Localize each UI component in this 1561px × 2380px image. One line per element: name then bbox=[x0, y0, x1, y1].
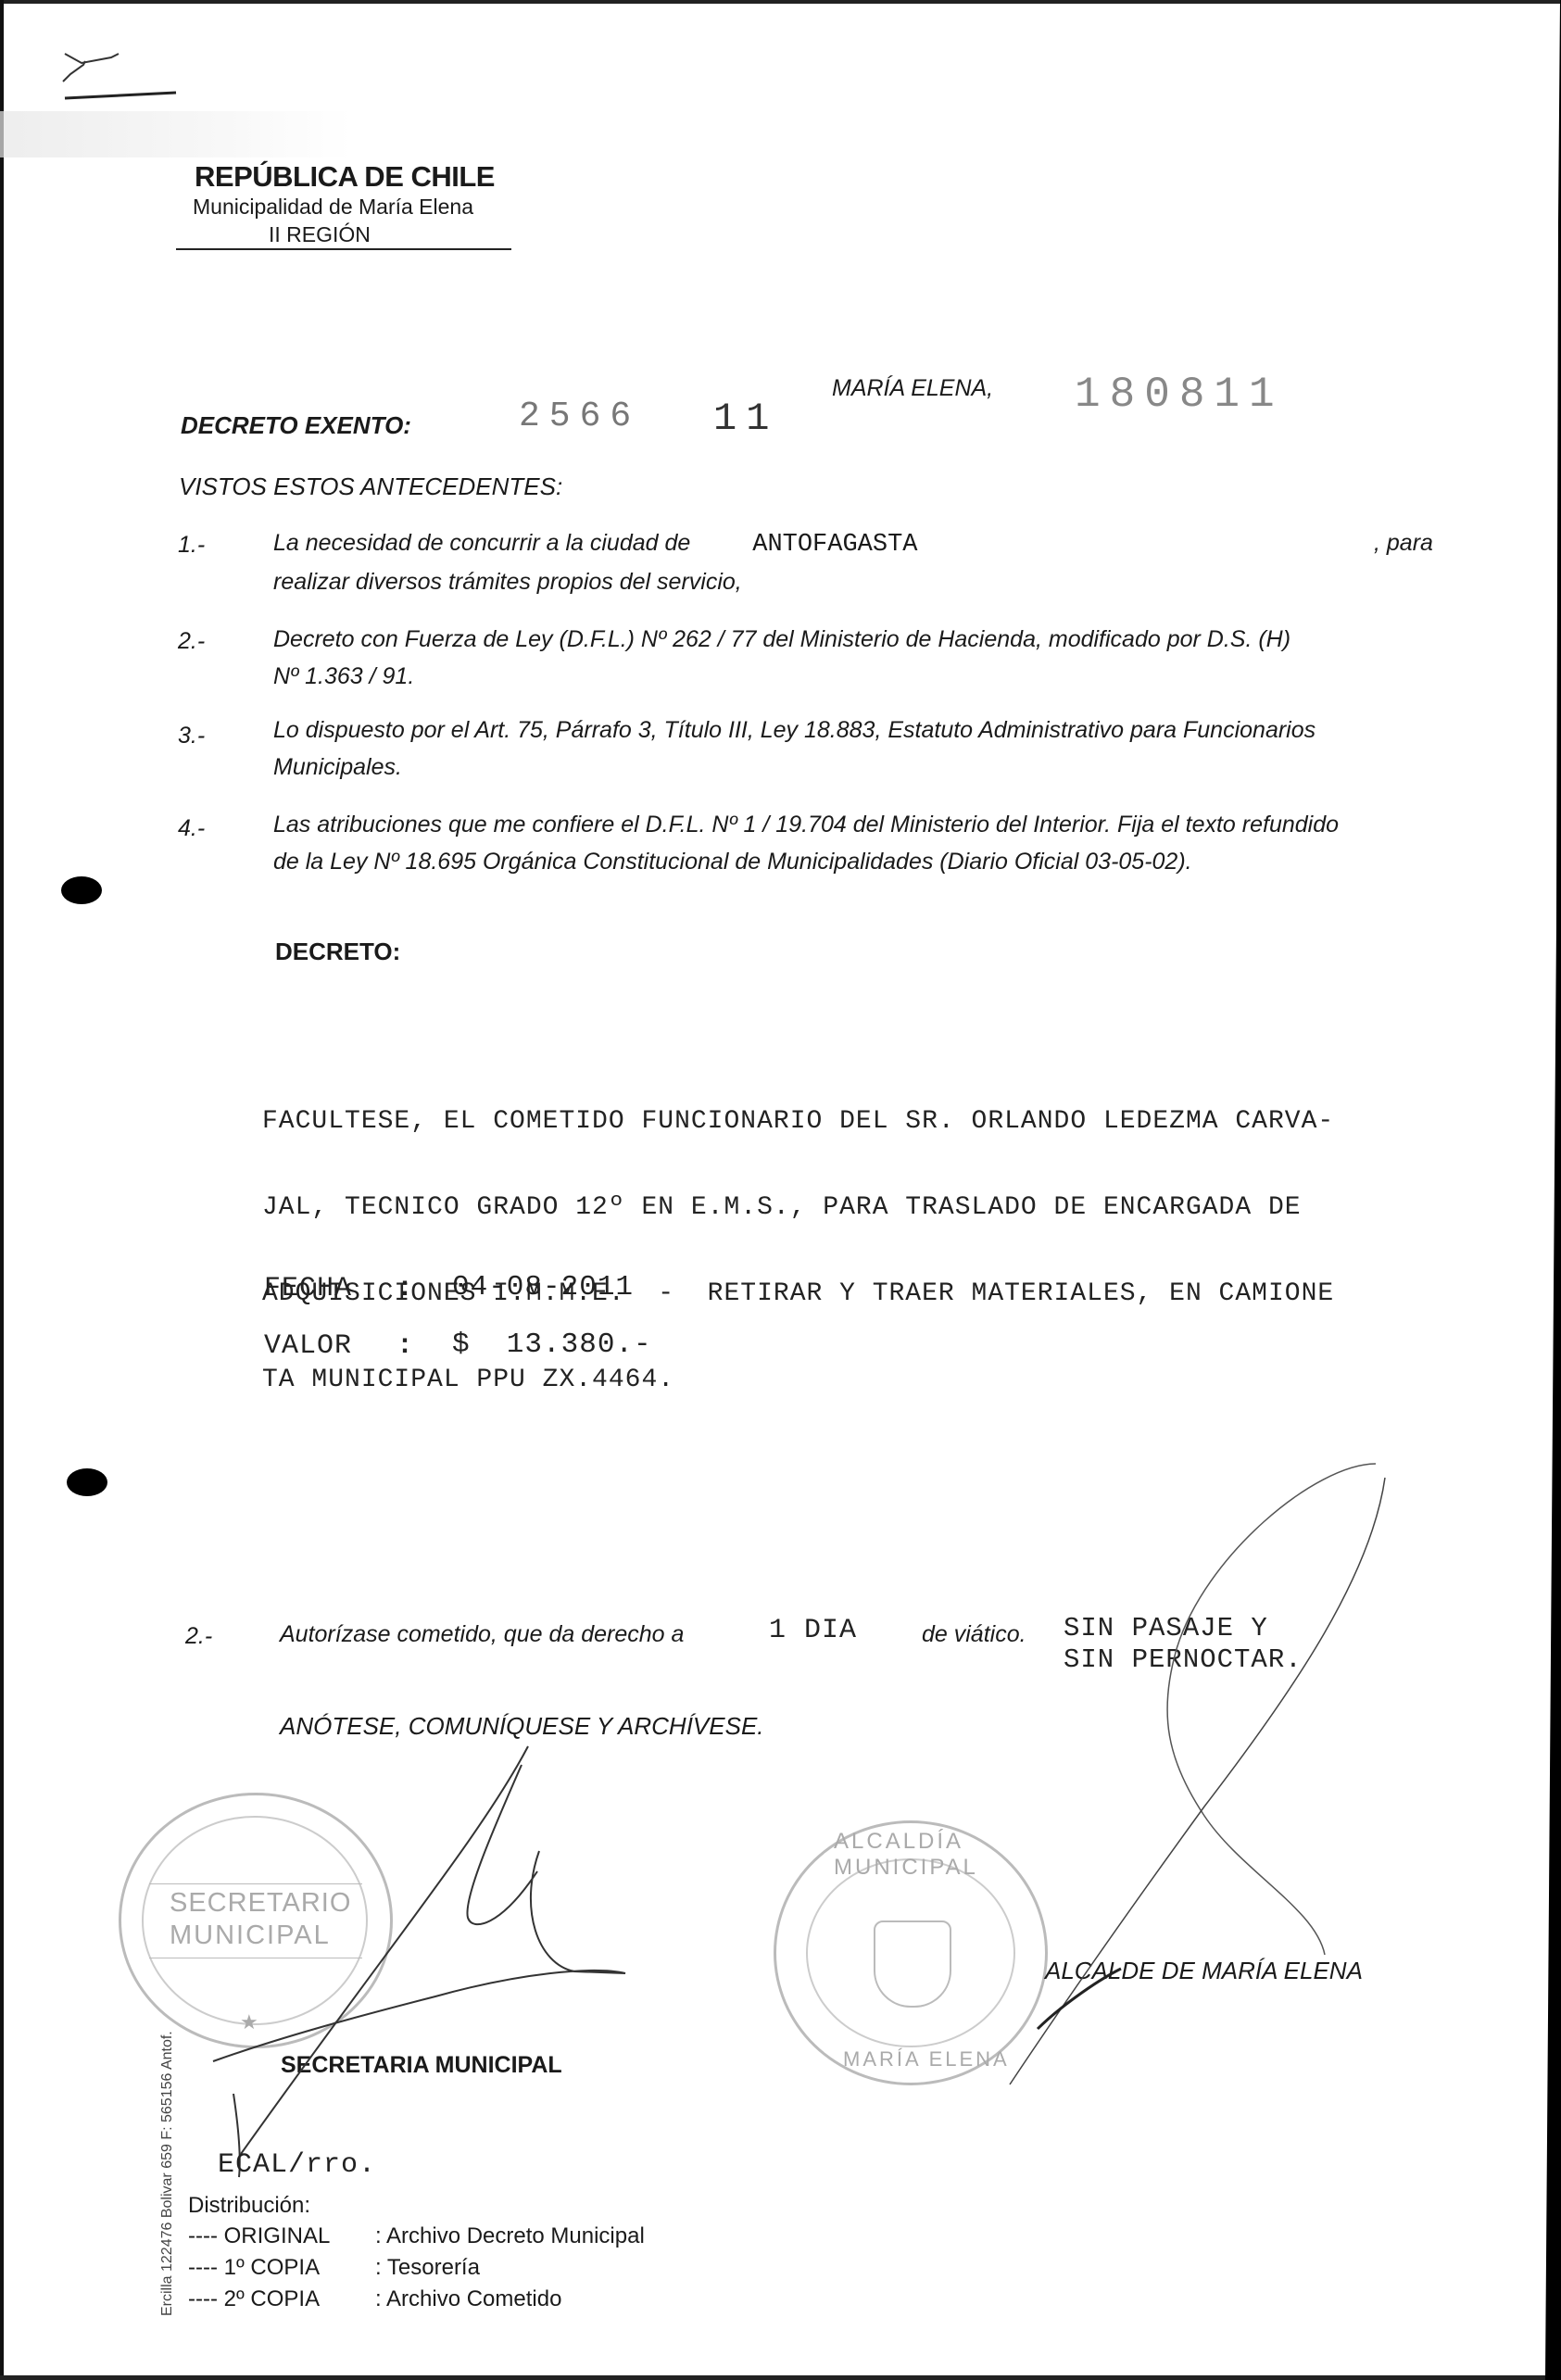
scribble-mark bbox=[46, 46, 195, 102]
valor-label: VALOR bbox=[264, 1332, 352, 1361]
mayor-seal: ALCALDÍA MUNICIPAL MARÍA ELENA bbox=[774, 1820, 1048, 2085]
mayor-title: ALCALDE DE MARÍA ELENA bbox=[1045, 1957, 1363, 1985]
secretary-seal: SECRETARIO MUNICIPAL ★ bbox=[119, 1793, 393, 2048]
distribution-heading: Distribución: bbox=[188, 2190, 310, 2222]
punch-hole-icon bbox=[67, 1468, 107, 1496]
distribution-row: ---- ORIGINAL: Archivo Decreto Municipal bbox=[188, 2221, 645, 2252]
colon: : bbox=[397, 1332, 414, 1361]
colon: : bbox=[397, 1275, 414, 1303]
distribution-row: ---- 1º COPIA: Tesorería bbox=[188, 2252, 645, 2284]
country-heading: REPÚBLICA DE CHILE bbox=[195, 160, 495, 194]
typed-note-1: SIN PASAJE Y bbox=[1064, 1614, 1268, 1643]
viatico-days: 1 DIA bbox=[769, 1617, 857, 1645]
coat-of-arms-icon bbox=[874, 1920, 951, 2008]
scan-edge-top bbox=[0, 0, 1561, 4]
seal-text: ALCALDÍA MUNICIPAL bbox=[834, 1829, 1045, 1881]
item-text: Municipales. bbox=[273, 754, 402, 780]
decreto-heading: DECRETO: bbox=[275, 938, 400, 966]
place-label: MARÍA ELENA, bbox=[832, 375, 993, 402]
initials: ECAL/rro. bbox=[218, 2151, 376, 2180]
valor-value: $ 13.380.- bbox=[452, 1330, 652, 1359]
item-number: 2.- bbox=[185, 1623, 212, 1650]
vistos-item-4: Las atribuciones que me confiere el D.F.… bbox=[273, 806, 1450, 880]
scan-edge-right bbox=[1482, 0, 1561, 2380]
fecha-label: FECHA bbox=[264, 1275, 352, 1303]
decree-number-stamp: 2566 bbox=[519, 397, 640, 436]
item-text: Nº 1.363 / 91. bbox=[273, 663, 414, 689]
municipality-name: Municipalidad de María Elena bbox=[193, 195, 473, 220]
item-text: Las atribuciones que me confiere el D.F.… bbox=[273, 812, 1339, 837]
typed-line: FACULTESE, EL COMETIDO FUNCIONARIO DEL S… bbox=[262, 1107, 1334, 1136]
printer-imprint: Ercilla 122476 Bolivar 659 F: 565156 Ant… bbox=[159, 2031, 176, 2316]
item-text: La necesidad de concurrir a la ciudad de bbox=[273, 530, 690, 556]
item-text: Decreto con Fuerza de Ley (D.F.L.) Nº 26… bbox=[273, 626, 1290, 652]
item-number: 1.- bbox=[178, 532, 205, 559]
item-text: realizar diversos trámites propios del s… bbox=[273, 569, 742, 595]
fecha-value: 04-08-2011 bbox=[452, 1273, 634, 1302]
header-rule bbox=[176, 248, 511, 250]
vistos-item-2: Decreto con Fuerza de Ley (D.F.L.) Nº 26… bbox=[273, 621, 1450, 695]
scan-edge-bottom bbox=[0, 2375, 1561, 2380]
seal-text: MARÍA ELENA bbox=[843, 2047, 1010, 2071]
seal-text: SECRETARIO bbox=[170, 1888, 351, 1919]
typed-line: JAL, TECNICO GRADO 12º EN E.M.S., PARA T… bbox=[262, 1193, 1334, 1222]
typed-line: ADQUISICIONES I.M.M.E. - RETIRAR Y TRAER… bbox=[262, 1279, 1334, 1308]
copy-destination: : Archivo Decreto Municipal bbox=[375, 2221, 645, 2252]
typed-line: TA MUNICIPAL PPU ZX.4464. bbox=[262, 1366, 1334, 1394]
scan-edge-left bbox=[0, 0, 4, 2380]
viatico-text: Autorízase cometido, que da derecho a bbox=[280, 1621, 684, 1648]
distribution-row: ---- 2º COPIA: Archivo Cometido bbox=[188, 2284, 645, 2315]
decree-label: DECRETO EXENTO: bbox=[181, 411, 411, 440]
vistos-item-3: Lo dispuesto por el Art. 75, Párrafo 3, … bbox=[273, 711, 1450, 786]
typed-note-2: SIN PERNOCTAR. bbox=[1064, 1645, 1303, 1674]
decree-year-stamp: 11 bbox=[713, 397, 778, 441]
scan-smudge bbox=[0, 111, 352, 157]
secretary-title: SECRETARIA MUNICIPAL bbox=[281, 2052, 562, 2079]
city-typed: ANTOFAGASTA bbox=[752, 531, 917, 559]
item-number: 3.- bbox=[178, 723, 205, 749]
copy-label: ---- ORIGINAL bbox=[188, 2221, 375, 2252]
viatico-suffix: de viático. bbox=[922, 1621, 1026, 1648]
vistos-heading: VISTOS ESTOS ANTECEDENTES: bbox=[179, 472, 562, 501]
item-text: Lo dispuesto por el Art. 75, Párrafo 3, … bbox=[273, 717, 1316, 743]
punch-hole-icon bbox=[61, 876, 102, 904]
item-number: 2.- bbox=[178, 628, 205, 655]
date-stamp: 180811 bbox=[1075, 371, 1284, 419]
item-number: 4.- bbox=[178, 815, 205, 842]
copy-destination: : Tesorería bbox=[375, 2252, 480, 2284]
distribution-list: ---- ORIGINAL: Archivo Decreto Municipal… bbox=[188, 2221, 645, 2315]
decreto-body: FACULTESE, EL COMETIDO FUNCIONARIO DEL S… bbox=[262, 1050, 1334, 1423]
region-name: II REGIÓN bbox=[269, 222, 371, 247]
vistos-item-1: La necesidad de concurrir a la ciudad de… bbox=[273, 524, 1450, 600]
closing-formula: ANÓTESE, COMUNÍQUESE Y ARCHÍVESE. bbox=[280, 1712, 764, 1741]
copy-label: ---- 1º COPIA bbox=[188, 2252, 375, 2284]
item-text: de la Ley Nº 18.695 Orgánica Constitucio… bbox=[273, 849, 1192, 875]
copy-label: ---- 2º COPIA bbox=[188, 2284, 375, 2315]
copy-destination: : Archivo Cometido bbox=[375, 2284, 561, 2315]
item-text: , para bbox=[1374, 524, 1433, 561]
seal-text: MUNICIPAL bbox=[170, 1920, 331, 1951]
star-icon: ★ bbox=[240, 2010, 258, 2034]
